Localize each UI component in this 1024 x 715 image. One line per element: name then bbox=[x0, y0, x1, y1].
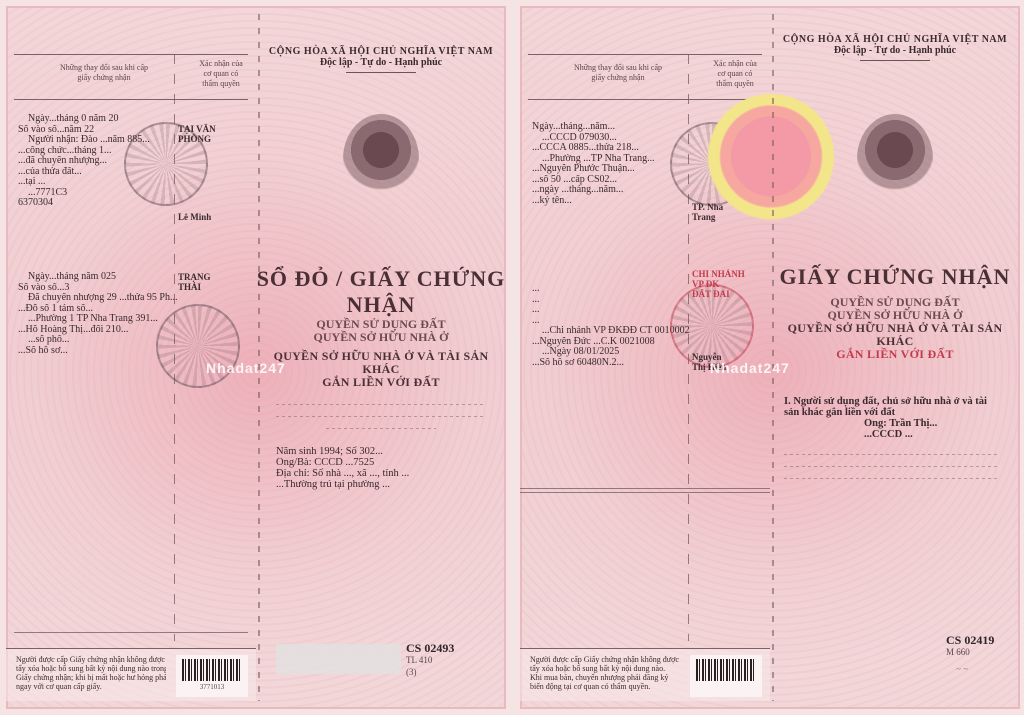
owner-line: Năm sinh 1994; Số 302... bbox=[276, 446, 506, 457]
cover-page-a: CỘNG HÒA XÃ HỘI CHỦ NGHĨA VIỆT NAM Độc l… bbox=[256, 14, 506, 701]
footer-note-line: tẩy xóa hoặc bổ sung bất kỳ nội dung nào… bbox=[530, 664, 680, 673]
certificate-spread-a: Những thay đổi sau khi cấp giấy chứng nh… bbox=[0, 0, 512, 715]
certificate-serial: CS 02493 TL 410 (3) bbox=[406, 642, 454, 678]
certificate-title: GIẤY CHỨNG NHẬN bbox=[770, 264, 1020, 290]
header-right-line: thẩm quyền bbox=[700, 79, 770, 89]
owner-line: ...Thường trú tại phường ... bbox=[276, 479, 506, 490]
amendments-page-b: Những thay đổi sau khi cấp giấy chứng nh… bbox=[520, 14, 770, 701]
side-line: ĐẤT ĐAI bbox=[692, 289, 764, 299]
side-line: PHÒNG bbox=[178, 134, 250, 144]
certificate-spread-b: Những thay đổi sau khi cấp giấy chứng nh… bbox=[514, 0, 1024, 715]
header-left-line: Những thay đổi sau khi cấp bbox=[34, 63, 174, 73]
divider bbox=[520, 492, 770, 493]
owner-line: Địa chỉ: Số nhà ..., xã ..., tỉnh ... bbox=[276, 468, 506, 479]
certificate-long-title: GẮN LIỀN VỚI ĐẤT bbox=[256, 376, 506, 389]
certificate-title: SỔ ĐỎ / GIẤY CHỨNG NHẬN bbox=[256, 266, 506, 318]
watermark: Nhadat247 bbox=[206, 360, 286, 376]
serial-sub: (3) bbox=[406, 666, 454, 678]
side-line: CHI NHÁNH bbox=[692, 269, 764, 279]
national-emblem-icon bbox=[857, 114, 933, 204]
side-line: TRẠNG bbox=[178, 272, 250, 282]
header-right-line: cơ quan có bbox=[700, 69, 770, 79]
footer-note-line: biến động tại cơ quan có thẩm quyền. bbox=[530, 682, 680, 691]
header-left-line: giấy chứng nhận bbox=[548, 73, 688, 83]
certificate-long-title: QUYỀN SỞ HỮU NHÀ Ở VÀ TÀI SẢN KHÁC bbox=[256, 350, 506, 376]
certificate-subtitle: QUYỀN SỞ HỮU NHÀ Ở bbox=[256, 331, 506, 344]
entry-line: Ngày...tháng 0 năm 20 bbox=[18, 114, 208, 125]
nation-name: CỘNG HÒA XÃ HỘI CHỦ NGHĨA VIỆT NAM bbox=[770, 34, 1020, 45]
motto-underline bbox=[346, 72, 416, 73]
blank-line bbox=[326, 428, 436, 429]
national-emblem-icon bbox=[343, 114, 419, 204]
blank-line bbox=[784, 466, 1000, 467]
side-signature-1: TẠI VĂN PHÒNG bbox=[178, 124, 250, 144]
footer-note-line: Khi mua bán, chuyển nhượng phải đăng ký bbox=[530, 673, 680, 682]
header-right-line: cơ quan có bbox=[186, 69, 256, 79]
footer-note-line: Người được cấp Giấy chứng nhận không đượ… bbox=[16, 655, 166, 664]
motto-underline bbox=[860, 60, 930, 61]
header-right-line: Xác nhận của bbox=[700, 59, 770, 69]
owner-line: I. Người sử dụng đất, chủ sở hữu nhà ở v… bbox=[784, 396, 1014, 407]
cover-page-b: CỘNG HÒA XÃ HỘI CHỦ NGHĨA VIỆT NAM Độc l… bbox=[770, 14, 1020, 701]
side-signature-2: TRẠNG THÁI bbox=[178, 272, 250, 292]
serial-number: CS 02493 bbox=[406, 642, 454, 654]
certificate-long-title: QUYỀN SỞ HỮU NHÀ Ở VÀ TÀI SẢN KHÁC bbox=[770, 322, 1020, 348]
side-signature-name-1: Lê Minh bbox=[178, 212, 250, 222]
barcode-bars bbox=[182, 659, 242, 681]
barcode: 3771013 bbox=[176, 655, 248, 697]
owner-line: sản khác gắn liền với đất bbox=[784, 407, 1014, 418]
footer-note-line: Giấy chứng nhận; khi bị mất hoặc hư hỏng… bbox=[16, 673, 166, 682]
owner-line: Ông/Bà: CCCD ...7525 bbox=[276, 457, 506, 468]
side-line: VP ĐK bbox=[692, 279, 764, 289]
amendments-header: Những thay đổi sau khi cấp giấy chứng nh… bbox=[528, 54, 762, 100]
divider bbox=[520, 488, 770, 489]
nation-name: CỘNG HÒA XÃ HỘI CHỦ NGHĨA VIỆT NAM bbox=[256, 46, 506, 57]
side-signature-1: TP. Nha Trang bbox=[692, 202, 764, 222]
barcode bbox=[690, 655, 762, 697]
divider bbox=[14, 632, 248, 633]
watermark: Nhadat247 bbox=[710, 360, 790, 376]
header-right-line: Xác nhận của bbox=[186, 59, 256, 69]
entry-line: Đã chuyển nhượng 29 ...thửa 95 Ph... bbox=[18, 293, 208, 304]
header-left-line: Những thay đổi sau khi cấp bbox=[548, 63, 688, 73]
side-line: TP. Nha bbox=[692, 202, 764, 212]
blank-line bbox=[784, 478, 1000, 479]
certificate-long-title: GẮN LIỀN VỚI ĐẤT bbox=[770, 348, 1020, 361]
barcode-serial: 3771013 bbox=[176, 683, 248, 691]
certificate-serial: CS 02419 M 660 bbox=[946, 634, 994, 658]
side-signature-2: CHI NHÁNH VP ĐK ĐẤT ĐAI bbox=[692, 269, 764, 299]
barcode-bars bbox=[696, 659, 756, 681]
national-motto: Độc lập - Tự do - Hạnh phúc bbox=[770, 45, 1020, 56]
owner-info: Năm sinh 1994; Số 302... Ông/Bà: CCCD ..… bbox=[276, 446, 506, 490]
owner-line: ...CCCD ... bbox=[784, 429, 1014, 440]
serial-sub: M 660 bbox=[946, 646, 994, 658]
header-right-line: thẩm quyền bbox=[186, 79, 256, 89]
serial-number: CS 02419 bbox=[946, 634, 994, 646]
header-left-line: giấy chứng nhận bbox=[34, 73, 174, 83]
footer-note-line: ngay với cơ quan cấp giấy. bbox=[16, 682, 166, 691]
footer-note-line: tẩy xóa hoặc bổ sung bất kỳ nội dung nào… bbox=[16, 664, 166, 673]
amendments-header: Những thay đổi sau khi cấp giấy chứng nh… bbox=[14, 54, 248, 100]
handwritten-mark: ~ ~ bbox=[956, 664, 968, 674]
side-line: TẠI VĂN bbox=[178, 124, 250, 134]
footer-notice: Người được cấp Giấy chứng nhận không đượ… bbox=[520, 648, 770, 701]
owner-info: I. Người sử dụng đất, chủ sở hữu nhà ở v… bbox=[784, 396, 1014, 440]
redacted-panel bbox=[276, 644, 401, 674]
national-motto: Độc lập - Tự do - Hạnh phúc bbox=[256, 57, 506, 68]
serial-sub: TL 410 bbox=[406, 654, 454, 666]
blank-line bbox=[784, 454, 1000, 455]
blank-line bbox=[276, 404, 486, 405]
side-line: Lê Minh bbox=[178, 212, 250, 222]
footer-notice: Người được cấp Giấy chứng nhận không đượ… bbox=[6, 648, 256, 701]
side-line: THÁI bbox=[178, 282, 250, 292]
footer-note-line: Người được cấp Giấy chứng nhận không đượ… bbox=[530, 655, 680, 664]
owner-line: Ông: Trần Thị... bbox=[784, 418, 1014, 429]
side-line: Trang bbox=[692, 212, 764, 222]
amendments-page-a: Những thay đổi sau khi cấp giấy chứng nh… bbox=[6, 14, 256, 701]
blank-line bbox=[276, 416, 486, 417]
